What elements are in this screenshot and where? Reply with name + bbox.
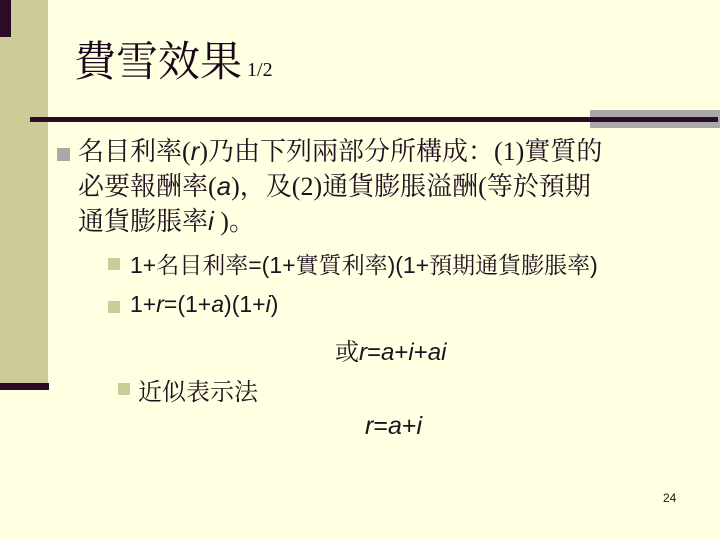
bullet-square-icon <box>118 383 130 395</box>
top-left-plum-accent <box>0 0 11 37</box>
bullet-square-icon <box>108 301 120 313</box>
slide-title-suffix: 1/2 <box>247 59 273 81</box>
presentation-slide: 費雪效果1/2 名目利率(r)乃由下列兩部分所構成：(1)實質的 必要報酬率(a… <box>0 0 720 540</box>
sub-bullet1-formula: 1+名目利率=(1+實質利率)(1+預期通貨膨脹率) <box>130 247 598 280</box>
bullet1-paragraph: 名目利率(r)乃由下列兩部分所構成：(1)實質的 必要報酬率(a)，及(2)通貨… <box>78 134 710 239</box>
bullet1-line3: 通貨膨脹率i )。 <box>78 204 710 239</box>
centered-formula-2: r=a+i <box>365 412 422 441</box>
sub-bullet2-formula: 1+r=(1+a)(1+i) <box>130 291 278 318</box>
slide-title-text: 費雪效果 <box>74 40 242 86</box>
sub-bullet3-label: 近似表示法 <box>138 372 258 407</box>
band-bottom-plum-bar <box>0 383 49 390</box>
slide-title: 費雪效果1/2 <box>74 40 273 86</box>
bullet-square-icon <box>57 148 70 161</box>
centered-formula-1: 或r=a+i+ai <box>335 332 446 367</box>
left-olive-band <box>0 0 48 383</box>
bullet1-line2: 必要報酬率(a)，及(2)通貨膨脹溢酬(等於預期 <box>78 169 710 204</box>
page-number: 24 <box>663 491 676 505</box>
title-rule-line <box>30 117 718 122</box>
bullet-square-icon <box>108 258 120 270</box>
bullet1-line1: 名目利率(r)乃由下列兩部分所構成：(1)實質的 <box>78 134 710 169</box>
